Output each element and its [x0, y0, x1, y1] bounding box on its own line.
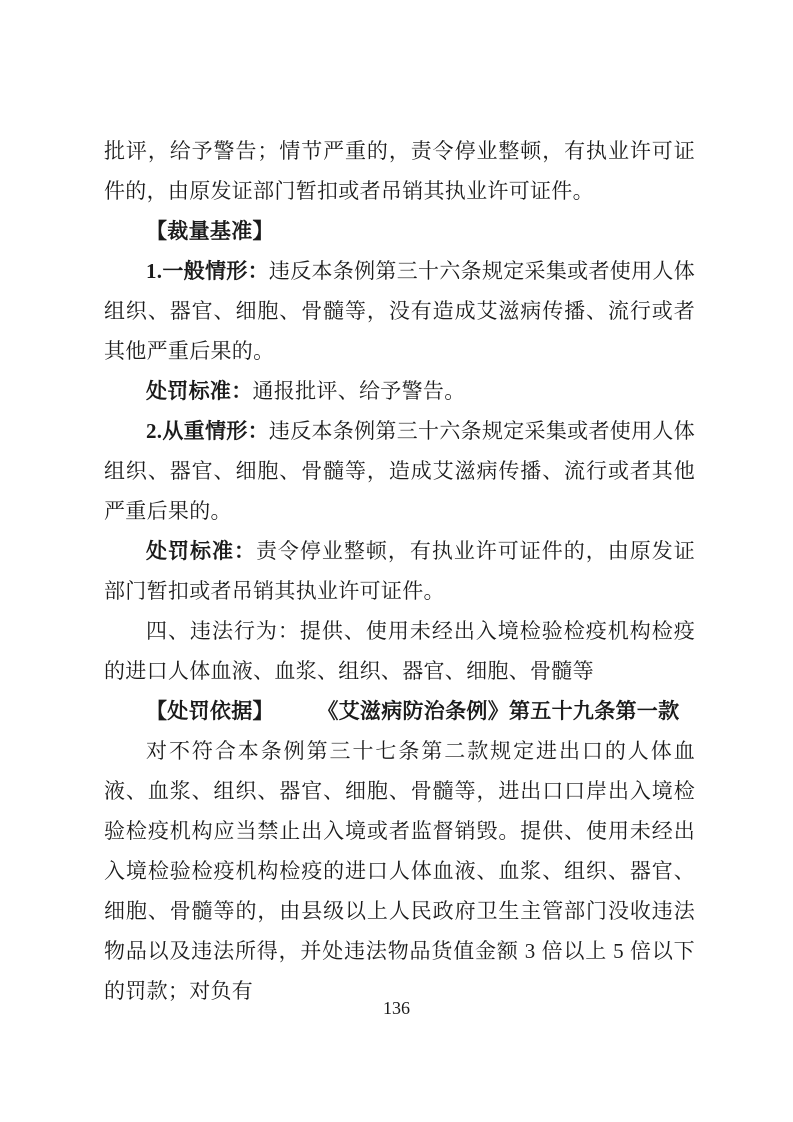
- heading-discretion-basis: 【裁量基准】: [104, 211, 695, 251]
- heading-discretion-basis-text: 【裁量基准】: [146, 219, 274, 243]
- document-page: 批评，给予警告；情节严重的，责令停业整顿，有执业许可证件的，由原发证部门暂扣或者…: [0, 0, 793, 1122]
- heading-penalty-basis: 【处罚依据】《艾滋病防治条例》第五十九条第一款: [104, 691, 695, 731]
- general-case-label: 1.一般情形：: [146, 259, 269, 283]
- paragraph-continuation: 批评，给予警告；情节严重的，责令停业整顿，有执业许可证件的，由原发证部门暂扣或者…: [104, 131, 695, 211]
- penalty-standard-1-text: 通报批评、给予警告。: [253, 379, 466, 403]
- penalty-standard-1-label: 处罚标准：: [146, 379, 253, 403]
- penalty-basis-reference: 《艾滋病防治条例》第五十九条第一款: [328, 699, 680, 723]
- paragraph-violation-4: 四、违法行为：提供、使用未经出入境检验检疫机构检疫的进口人体血液、血浆、组织、器…: [104, 611, 695, 691]
- penalty-standard-2-label: 处罚标准：: [146, 539, 256, 563]
- paragraph-aggravated-case: 2.从重情形：违反本条例第三十六条规定采集或者使用人体组织、器官、细胞、骨髓等，…: [104, 411, 695, 531]
- penalty-basis-label: 【处罚依据】: [146, 699, 274, 723]
- paragraph-regulation-body: 对不符合本条例第三十七条第二款规定进出口的人体血液、血浆、组织、器官、细胞、骨髓…: [104, 731, 695, 1011]
- page-number: 136: [0, 997, 793, 1019]
- paragraph-penalty-standard-1: 处罚标准：通报批评、给予警告。: [104, 371, 695, 411]
- paragraph-general-case: 1.一般情形：违反本条例第三十六条规定采集或者使用人体组织、器官、细胞、骨髓等，…: [104, 251, 695, 371]
- paragraph-penalty-standard-2: 处罚标准：责令停业整顿，有执业许可证件的，由原发证部门暂扣或者吊销其执业许可证件…: [104, 531, 695, 611]
- aggravated-case-label: 2.从重情形：: [146, 419, 269, 443]
- page-body: 批评，给予警告；情节严重的，责令停业整顿，有执业许可证件的，由原发证部门暂扣或者…: [104, 131, 695, 1011]
